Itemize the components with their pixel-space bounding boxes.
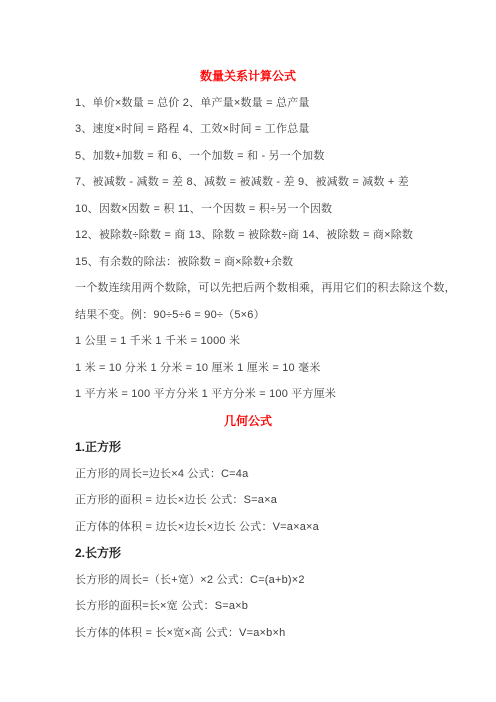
shape-heading-square: 1.正方形 [0, 434, 496, 461]
formula-line-3: 5、加数+加数 = 和 6、一个加数 = 和 - 另一个加数 [0, 143, 496, 170]
shape-heading-rectangle: 2.长方形 [0, 540, 496, 567]
rectangle-area-formula: 长方形的面积=长×宽 公式：S=a×b [0, 593, 496, 620]
unit-conversion-area: 1 平方米 = 100 平方分米 1 平方分米 = 100 平方厘米 [0, 381, 496, 408]
section-title-quantity-relations: 数量关系计算公式 [0, 63, 496, 90]
rectangle-perimeter-formula: 长方形的周长=（长+宽）×2 公式：C=(a+b)×2 [0, 567, 496, 594]
formula-line-6: 12、被除数÷除数 = 商 13、除数 = 被除数÷商 14、被除数 = 商×除… [0, 222, 496, 249]
section-title-geometry: 几何公式 [0, 408, 496, 435]
cuboid-volume-formula: 长方体的体积 = 长×宽×高 公式：V=a×b×h [0, 620, 496, 647]
formula-line-1: 1、单价×数量 = 总价 2、单产量×数量 = 总产量 [0, 90, 496, 117]
square-perimeter-formula: 正方形的周长=边长×4 公式：C=4a [0, 461, 496, 488]
formula-line-5: 10、因数×因数 = 积 11、一个因数 = 积÷另一个因数 [0, 196, 496, 223]
formula-line-7: 15、有余数的除法：被除数 = 商×除数+余数 [0, 249, 496, 276]
formula-line-2: 3、速度×时间 = 路程 4、工效×时间 = 工作总量 [0, 116, 496, 143]
cube-volume-formula: 正方体的体积 = 边长×边长×边长 公式：V=a×a×a [0, 514, 496, 541]
square-area-formula: 正方形的面积 = 边长×边长 公式：S=a×a [0, 487, 496, 514]
division-note-line-2: 结果不变。例：90÷5÷6 = 90÷（5×6） [0, 302, 496, 329]
division-note-line-1: 一个数连续用两个数除，可以先把后两个数相乘，再用它们的积去除这个数， [0, 275, 496, 302]
unit-conversion-length-2: 1 米 = 10 分米 1 分米 = 10 厘米 1 厘米 = 10 毫米 [0, 355, 496, 382]
formula-line-4: 7、被减数 - 减数 = 差 8、减数 = 被减数 - 差 9、被减数 = 减数… [0, 169, 496, 196]
unit-conversion-length-1: 1 公里 = 1 千米 1 千米 = 1000 米 [0, 328, 496, 355]
formula-document: 数量关系计算公式 1、单价×数量 = 总价 2、单产量×数量 = 总产量 3、速… [0, 0, 496, 702]
